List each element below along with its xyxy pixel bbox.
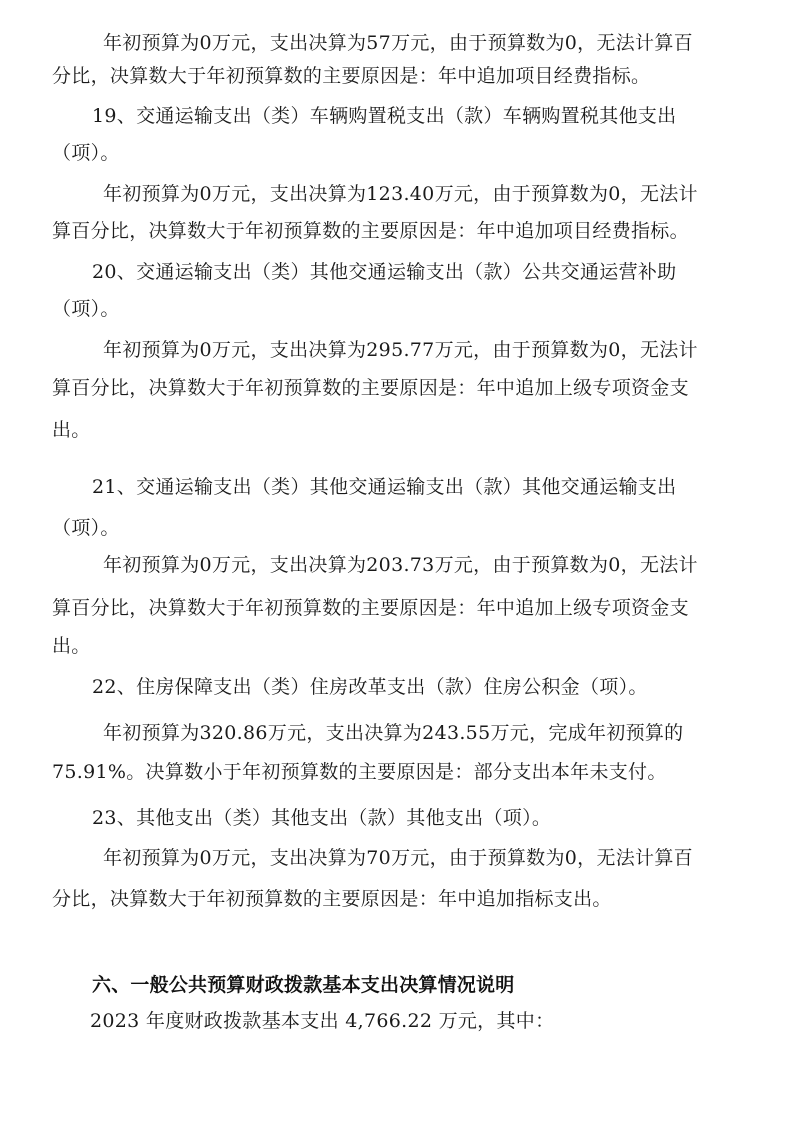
paragraph-line: 算百分比，决算数大于年初预算数的主要原因是：年中追加上级专项资金支 bbox=[52, 376, 689, 400]
paragraph-line: 分比，决算数大于年初预算数的主要原因是：年中追加指标支出。 bbox=[52, 887, 612, 911]
paragraph-line: 算百分比，决算数大于年初预算数的主要原因是：年中追加上级专项资金支 bbox=[52, 596, 689, 620]
paragraph-line: 75.91%。决算数小于年初预算数的主要原因是：部分支出本年未支付。 bbox=[52, 760, 667, 784]
paragraph-line: 分比，决算数大于年初预算数的主要原因是：年中追加项目经费指标。 bbox=[52, 64, 650, 88]
paragraph-line: 20、交通运输支出（类）其他交通运输支出（款）公共交通运营补助 bbox=[92, 260, 676, 284]
paragraph-line: 年初预算为0万元，支出决算为203.73万元，由于预算数为0，无法计 bbox=[103, 553, 698, 577]
paragraph-line: （项）。 bbox=[52, 141, 120, 165]
paragraph-line: 出。 bbox=[52, 418, 91, 442]
paragraph-line: 19、交通运输支出（类）车辆购置税支出（款）车辆购置税其他支出 bbox=[92, 104, 676, 128]
paragraph-line: 年初预算为0万元，支出决算为57万元，由于预算数为0，无法计算百 bbox=[103, 31, 693, 55]
paragraph-line: 年初预算为0万元，支出决算为70万元，由于预算数为0，无法计算百 bbox=[103, 846, 693, 870]
paragraph-line: （项）。 bbox=[52, 516, 120, 540]
paragraph-line: 年初预算为0万元，支出决算为295.77万元，由于预算数为0，无法计 bbox=[103, 338, 698, 362]
section-heading: 六、一般公共预算财政拨款基本支出决算情况说明 bbox=[92, 973, 514, 997]
paragraph-line: 23、其他支出（类）其他支出（款）其他支出（项）。 bbox=[92, 806, 551, 830]
paragraph-line: 21、交通运输支出（类）其他交通运输支出（款）其他交通运输支出 bbox=[92, 475, 676, 499]
paragraph-line: 年初预算为320.86万元，支出决算为243.55万元，完成年初预算的 bbox=[103, 721, 683, 745]
paragraph-line: 22、住房保障支出（类）住房改革支出（款）住房公积金（项）。 bbox=[92, 675, 648, 699]
paragraph-line: 算百分比，决算数大于年初预算数的主要原因是：年中追加项目经费指标。 bbox=[52, 219, 689, 243]
paragraph-line: 出。 bbox=[52, 634, 91, 658]
summary-paragraph: 2023 年度财政拨款基本支出 4,766.22 万元，其中： bbox=[90, 1009, 554, 1033]
paragraph-line: 年初预算为0万元，支出决算为123.40万元，由于预算数为0，无法计 bbox=[103, 182, 698, 206]
paragraph-line: （项）。 bbox=[52, 297, 120, 321]
